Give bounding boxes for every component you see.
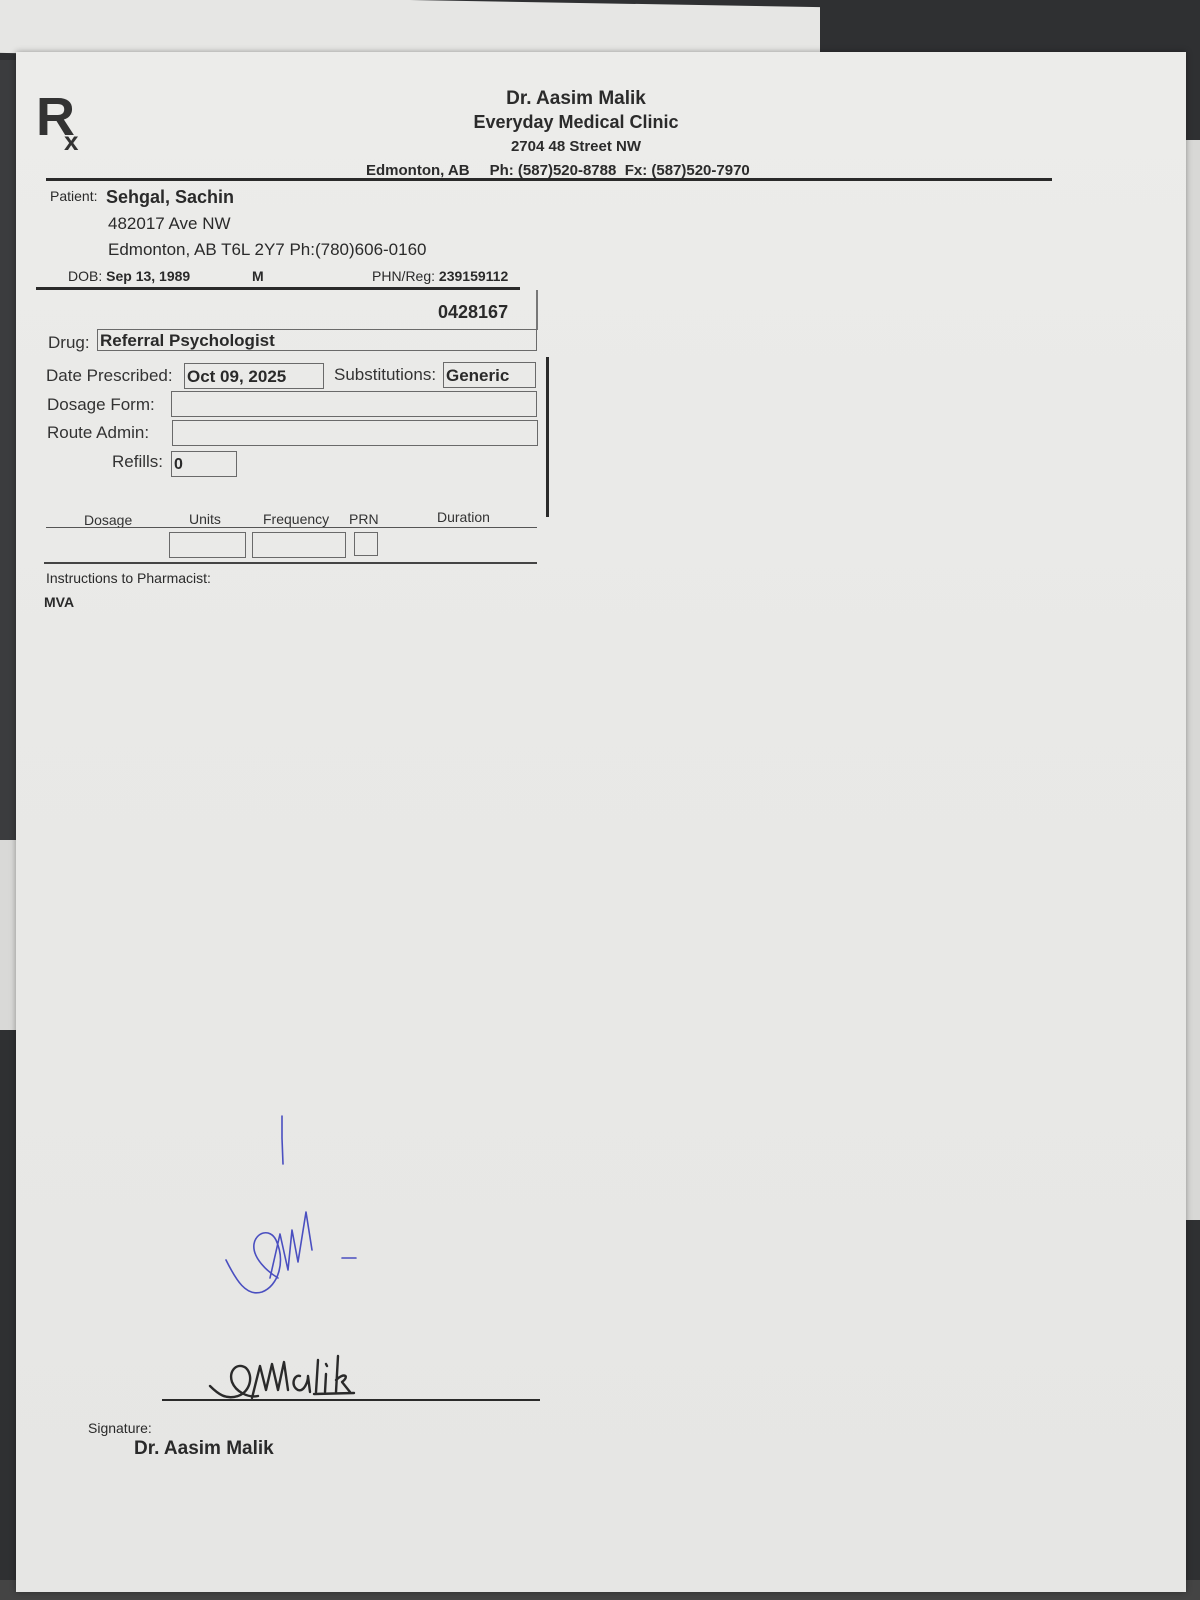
column-prn: PRN — [349, 511, 379, 527]
patient-name: Sehgal, Sachin — [106, 187, 234, 208]
rx-number-border — [536, 290, 538, 330]
patient-address-line1: 482017 Ave NW — [108, 214, 231, 234]
column-duration: Duration — [437, 509, 490, 525]
route-admin-field[interactable] — [172, 420, 538, 446]
refills-label: Refills: — [112, 452, 163, 472]
prescription-paper: R x Dr. Aasim Malik Everyday Medical Cli… — [16, 52, 1186, 1592]
drug-field[interactable]: Referral Psychologist — [97, 329, 537, 351]
substitutions-field[interactable]: Generic — [443, 362, 536, 388]
clinic-name: Everyday Medical Clinic — [416, 112, 736, 133]
dosage-table-bottom-rule — [44, 562, 537, 564]
drug-value: Referral Psychologist — [100, 331, 275, 351]
units-field[interactable] — [169, 532, 246, 558]
clinic-phone: Ph: (587)520-8788 — [490, 162, 617, 179]
refills-field[interactable]: 0 — [171, 451, 237, 477]
frequency-field[interactable] — [252, 532, 346, 558]
prescriber-name: Dr. Aasim Malik — [456, 88, 696, 110]
refills-value: 0 — [174, 456, 183, 474]
date-prescribed-label: Date Prescribed: — [46, 366, 173, 386]
dosage-table-top-rule — [46, 527, 537, 528]
clinic-fax: Fx: (587)520-7970 — [625, 162, 750, 179]
date-prescribed-value: Oct 09, 2025 — [187, 367, 286, 387]
signature-label: Signature: — [88, 1420, 152, 1436]
patient-dob: DOB: Sep 13, 1989 — [68, 268, 190, 284]
patient-label: Patient: — [50, 188, 97, 204]
clinic-city: Edmonton, AB — [366, 162, 470, 179]
patient-sex: M — [252, 268, 264, 284]
phn-label: PHN/Reg: — [372, 268, 435, 284]
substitutions-label: Substitutions: — [334, 365, 436, 385]
clinic-street: 2704 48 Street NW — [456, 138, 696, 155]
drug-label: Drug: — [48, 333, 90, 353]
rx-symbol-x: x — [64, 128, 78, 154]
patient-address-line2: Edmonton, AB T6L 2Y7 Ph:(780)606-0160 — [108, 240, 427, 260]
signature-printed-name: Dr. Aasim Malik — [134, 1438, 274, 1460]
header-divider — [46, 178, 1052, 181]
signature-line — [162, 1399, 540, 1401]
phn-value: 239159112 — [439, 268, 508, 284]
dob-label: DOB: — [68, 268, 102, 284]
route-admin-label: Route Admin: — [47, 423, 149, 443]
dosage-form-label: Dosage Form: — [47, 395, 155, 415]
clinic-contact: Edmonton, ABPh: (587)520-8788 Fx: (587)5… — [366, 162, 750, 179]
column-frequency: Frequency — [263, 511, 329, 527]
dob-value: Sep 13, 1989 — [106, 268, 190, 284]
handwritten-signature-ink — [216, 1112, 376, 1312]
patient-phn: PHN/Reg: 239159112 — [372, 268, 508, 284]
column-dosage: Dosage — [84, 512, 132, 528]
column-units: Units — [189, 511, 221, 527]
date-prescribed-field[interactable]: Oct 09, 2025 — [184, 363, 324, 389]
dosage-form-field[interactable] — [171, 391, 537, 417]
substitutions-value: Generic — [446, 366, 509, 386]
printed-signature-image — [204, 1346, 364, 1406]
instructions-label: Instructions to Pharmacist: — [46, 570, 211, 586]
instructions-value: MVA — [44, 594, 74, 610]
patient-divider — [36, 287, 520, 290]
form-side-bar — [546, 357, 549, 517]
rx-number: 0428167 — [438, 302, 508, 323]
prn-checkbox[interactable] — [354, 532, 378, 556]
